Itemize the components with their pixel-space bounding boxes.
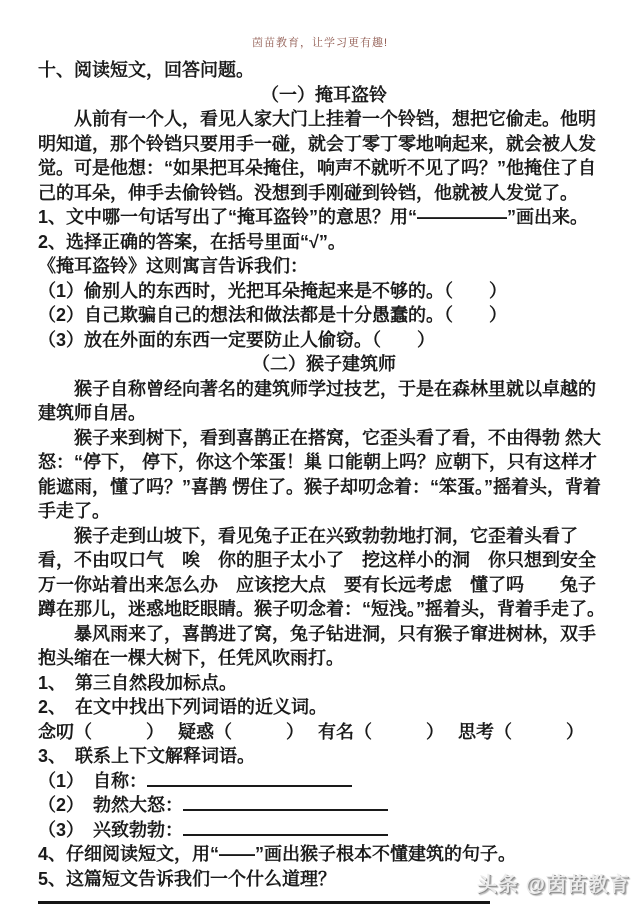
passage-2-paragraph-3: 猴子走到山坡下，看见兔子正在兴致勃勃地打洞，它歪着头看了看，不由叹口气 唉 你的… bbox=[38, 524, 610, 622]
passage-2-paragraph-2: 猴子来到树下，看到喜鹊正在搭窝，它歪头看了看，不由得勃 然大怒：“停下， 停下，… bbox=[38, 426, 610, 524]
toutiao-watermark: 头条 @茵苗教育 bbox=[477, 868, 630, 897]
passage-2-title: （二）猴子建筑师 bbox=[38, 352, 610, 377]
passage-1-option-2: （2）自己欺骗自己的想法和做法都是十分愚蠢的。（ ） bbox=[38, 303, 610, 328]
section-heading: 十、阅读短文，回答问题。 bbox=[38, 58, 610, 83]
passage-2-question-2: 2、 在文中找出下列词语的近义词。 bbox=[38, 695, 610, 720]
passage-2-question-1: 1、 第三自然段加标点。 bbox=[38, 671, 610, 696]
worksheet-content: 十、阅读短文，回答问题。 （一）掩耳盗铃 从前有一个人，看见人家大门上挂着一个铃… bbox=[0, 50, 640, 891]
definition-1-answer-blank bbox=[147, 769, 352, 786]
definition-3-label: （3） 兴致勃勃： bbox=[38, 820, 183, 840]
answer-blank-line bbox=[38, 901, 490, 904]
definition-item-2: （2） 勃然大怒： bbox=[38, 793, 610, 818]
passage-1-body: 从前有一个人，看见人家大门上挂着一个铃铛，想把它偷走。他明明知道，那个铃铛只要用… bbox=[38, 107, 610, 205]
worksheet-page: 茵苗教育，让学习更有趣! 十、阅读短文，回答问题。 （一）掩耳盗铃 从前有一个人… bbox=[0, 0, 640, 905]
passage-2-question-3: 3、 联系上下文解释词语。 bbox=[38, 744, 610, 769]
passage-2-question-4: 4、仔细阅读短文，用“——”画出猴子根本不懂建筑的句子。 bbox=[38, 842, 610, 867]
top-watermark-text: 茵苗教育，让学习更有趣! bbox=[0, 0, 640, 50]
passage-1-option-1: （1）偷别人的东西时，光把耳朵掩起来是不够的。（ ） bbox=[38, 279, 610, 304]
passage-2-paragraph-1: 猴子自称曾经向著名的建筑师学过技艺，于是在森林里就以卓越的建筑师自居。 bbox=[38, 377, 610, 426]
definition-3-answer-blank bbox=[183, 818, 388, 835]
synonyms-line: 念叨（ ） 疑惑（ ） 有名（ ） 思考（ ） bbox=[38, 720, 610, 745]
passage-1-title: （一）掩耳盗铃 bbox=[38, 83, 610, 108]
passage-1-option-3: （3）放在外面的东西一定要防止人偷窃。（ ） bbox=[38, 328, 610, 353]
definition-1-label: （1） 自称： bbox=[38, 771, 147, 791]
definition-2-answer-blank bbox=[183, 794, 388, 811]
passage-1-question-2: 2、选择正确的答案，在括号里面“√”。 bbox=[38, 230, 610, 255]
definition-item-3: （3） 兴致勃勃： bbox=[38, 818, 610, 843]
definition-item-1: （1） 自称： bbox=[38, 769, 610, 794]
definition-2-label: （2） 勃然大怒： bbox=[38, 795, 183, 815]
passage-1-question-1: 1、文中哪一句话写出了“掩耳盗铃”的意思？用“—————”画出来。 bbox=[38, 205, 610, 230]
passage-1-quiz-intro: 《掩耳盗铃》这则寓言告诉我们： bbox=[38, 254, 610, 279]
passage-2-paragraph-4: 暴风雨来了，喜鹊进了窝，兔子钻进洞，只有猴子窜进树林，双手抱头缩在一棵大树下，任… bbox=[38, 622, 610, 671]
